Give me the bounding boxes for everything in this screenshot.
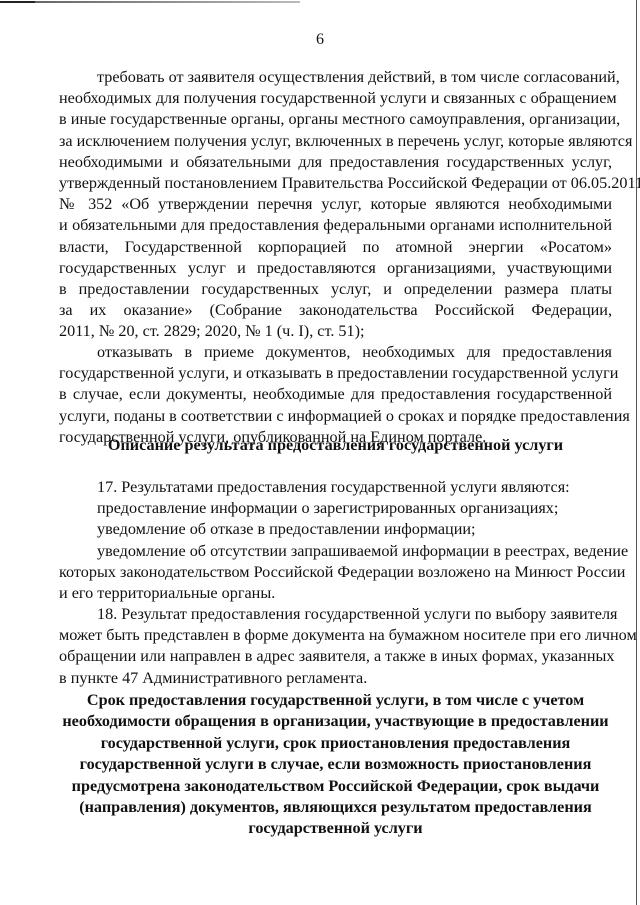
text-line: уведомление об отсутствии запрашиваемой … [59, 541, 612, 562]
text-line: государственной услуги, и отказывать в п… [59, 363, 612, 384]
paragraph-refusal: отказывать в приеме документов, необходи… [59, 342, 612, 448]
section-heading-term: Срок предоставления государственной услу… [59, 690, 612, 840]
text-line: и обязательными для предоставления федер… [59, 215, 612, 236]
text-line: и его территориальные органы. [59, 583, 612, 604]
heading-line: государственной услуги [59, 818, 612, 839]
text-line: за исключением получения услуг, включенн… [59, 131, 612, 152]
page-number: 6 [0, 30, 640, 50]
heading-line: необходимости обращения в организации, у… [59, 711, 612, 732]
text-line: 17. Результатами предоставления государс… [59, 477, 612, 498]
paragraph-requirements: требовать от заявителя осуществления дей… [59, 67, 612, 343]
item-17: 17. Результатами предоставления государс… [59, 477, 612, 604]
text-line: услуги, поданы в соответствии с информац… [59, 406, 612, 427]
heading-line: (направления) документов, являющихся рез… [59, 797, 612, 818]
text-line: за их оказание» (Собрание законодательст… [59, 300, 612, 321]
text-line: необходимых для получения государственно… [59, 88, 612, 109]
text-line: в иные государственные органы, органы ме… [59, 109, 612, 130]
heading-line: государственной услуги, срок приостановл… [59, 733, 612, 754]
text-line: отказывать в приеме документов, необходи… [59, 342, 612, 363]
heading-line: предусмотрена законодательством Российск… [59, 776, 612, 797]
text-line: 18. Результат предоставления государстве… [59, 604, 612, 625]
scan-edge-right [636, 0, 637, 905]
item-18: 18. Результат предоставления государстве… [59, 604, 612, 689]
heading-line: государственной услуги в случае, если во… [59, 754, 612, 775]
text-line: необходимыми и обязательными для предост… [59, 152, 612, 173]
text-line: № 352 «Об утверждении перечня услуг, кот… [59, 194, 612, 215]
text-line: утвержденный постановлением Правительств… [59, 173, 612, 194]
text-line: в предоставлении государственных услуг, … [59, 279, 612, 300]
text-line: может быть представлен в форме документа… [59, 625, 612, 646]
text-line: уведомление об отказе в предоставлении и… [59, 519, 612, 540]
text-line: обращении или направлен в адрес заявител… [59, 646, 612, 667]
text-line: требовать от заявителя осуществления дей… [59, 67, 612, 88]
text-line: в случае, если документы, необходимые дл… [59, 384, 612, 405]
heading-line: Срок предоставления государственной услу… [59, 690, 612, 711]
text-line: государственных услуг и предоставляются … [59, 258, 612, 279]
text-line: власти, Государственной корпорацией по а… [59, 237, 612, 258]
section-heading-result: Описание результата предоставления госуд… [59, 435, 612, 456]
text-line: 2011, № 20, ст. 2829; 2020, № 1 (ч. I), … [59, 321, 612, 342]
scan-edge-top [0, 1, 300, 3]
text-line: которых законодательством Российской Фед… [59, 562, 612, 583]
text-line: в пункте 47 Административного регламента… [59, 668, 612, 689]
text-line: предоставление информации о зарегистриро… [59, 498, 612, 519]
